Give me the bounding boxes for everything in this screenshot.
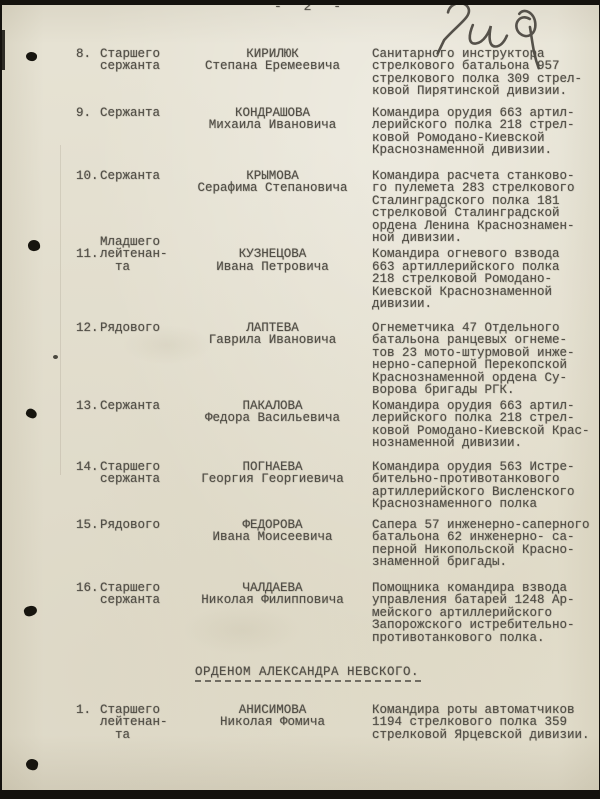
entry-description: Командира орудия 663 артил- лерийского п…: [372, 400, 599, 450]
entry-description: Огнеметчика 47 Отдельного батальона ранц…: [372, 322, 599, 396]
entry-rank: Рядового: [100, 519, 190, 569]
column-gap: [355, 107, 372, 157]
column-gap: [355, 461, 372, 511]
entry-name: АНИСИМОВА Николая Фомича: [190, 704, 355, 741]
award-entry: 16. Старшего сержанта ЧАЛДАЕВА Николая Ф…: [76, 582, 599, 644]
ink-blot: [25, 51, 38, 63]
column-gap: [355, 322, 372, 396]
entry-number: 10.: [76, 170, 100, 244]
section-header: ОРДЕНОМ АЛЕКСАНДРА НЕВСКОГО.: [195, 666, 421, 682]
section-title: ОРДЕНОМ АЛЕКСАНДРА НЕВСКОГО.: [195, 666, 421, 678]
entry-patronymic: Ивана Петровича: [190, 261, 355, 273]
entry-name: КОНДРАШОВА Михаила Ивановича: [190, 107, 355, 157]
award-entry: 1. Старшего лейтенан- та АНИСИМОВА Никол…: [76, 704, 599, 741]
entry-rank: Младшего лейтенан- та: [100, 236, 190, 310]
entry-description: Командира орудия 663 артил- лерийского п…: [372, 107, 599, 157]
entry-description: Командира роты автоматчиков 1194 стрелко…: [372, 704, 599, 741]
award-entry: 15. Рядового ФЕДОРОВА Ивана Моисеевича С…: [76, 519, 599, 569]
ink-blot: [25, 758, 39, 771]
award-entry: 10. Сержанта КРЫМОВА Серафима Степанович…: [76, 170, 599, 244]
page-number: - 2 -: [274, 5, 348, 13]
entry-number: 9.: [76, 107, 100, 157]
column-gap: [355, 400, 372, 450]
entry-number: 12.: [76, 322, 100, 396]
entry-rank: Сержанта: [100, 400, 190, 450]
award-entry: 8. Старшего сержанта КИРИЛЮК Степана Ере…: [76, 48, 599, 98]
column-gap: [355, 582, 372, 644]
column-gap: [355, 519, 372, 569]
entry-description: Командира орудия 563 Истре- бительно-про…: [372, 461, 599, 511]
entry-patronymic: Федора Васильевича: [190, 412, 355, 424]
entry-rank: Старшего лейтенан- та: [100, 704, 190, 741]
paper-stain: [122, 325, 212, 365]
entry-rank: Старшего сержанта: [100, 461, 190, 511]
entry-number: 13.: [76, 400, 100, 450]
entry-patronymic: Степана Еремеевича: [190, 60, 355, 72]
entry-number: 14.: [76, 461, 100, 511]
scanned-document-page: - 2 - 8. Старшего сержанта КИРИЛЮК Степа…: [2, 5, 599, 790]
award-entry: 14. Старшего сержанта ПОГНАЕВА Георгия Г…: [76, 461, 599, 511]
ink-blot: [27, 239, 41, 252]
entry-rank: Сержанта: [100, 170, 190, 244]
entry-number: 8.: [76, 48, 100, 98]
entry-number: 1.: [76, 704, 100, 741]
entry-description: Сапера 57 инженерно-саперного батальона …: [372, 519, 599, 569]
column-gap: [355, 170, 372, 244]
award-entry: 9. Сержанта КОНДРАШОВА Михаила Ивановича…: [76, 107, 599, 157]
entry-surname: КУЗНЕЦОВА: [190, 248, 355, 260]
entry-name: ФЕДОРОВА Ивана Моисеевича: [190, 519, 355, 569]
ink-blot: [23, 604, 38, 618]
entry-description: Помощника командира взвода управления ба…: [372, 582, 599, 644]
entry-name: ПОГНАЕВА Георгия Георгиевича: [190, 461, 355, 511]
award-entry: 13. Сержанта ПАКАЛОВА Федора Васильевича…: [76, 400, 599, 450]
entry-description: Командира огневого взвода 663 артиллерий…: [372, 236, 599, 310]
entry-name: КИРИЛЮК Степана Еремеевича: [190, 48, 355, 98]
entry-name: КУЗНЕЦОВА Ивана Петровича: [190, 236, 355, 310]
column-gap: [355, 704, 372, 741]
paper-crease: [60, 145, 61, 475]
entry-patronymic: Гаврила Ивановича: [190, 334, 355, 346]
entry-number: 16.: [76, 582, 100, 644]
paper-stain: [182, 605, 302, 655]
entry-patronymic: Николая Фомича: [190, 716, 355, 728]
entry-name: ЛАПТЕВА Гаврила Ивановича: [190, 322, 355, 396]
entry-description: Санитарного инструктора стрелкового бата…: [372, 48, 599, 98]
entry-patronymic: Серафима Степановича: [190, 182, 355, 194]
ink-blot: [53, 355, 58, 359]
entry-description: Командира расчета станково- го пулемета …: [372, 170, 599, 244]
column-gap: [355, 48, 372, 98]
award-entry: 11. Младшего лейтенан- та КУЗНЕЦОВА Иван…: [76, 236, 599, 310]
ink-blot: [25, 407, 39, 420]
scan-edge-mark: [2, 30, 5, 70]
entry-rank: Сержанта: [100, 107, 190, 157]
entry-patronymic: Георгия Георгиевича: [190, 473, 355, 485]
entry-number: 11.: [76, 236, 100, 310]
entry-patronymic: Николая Филипповича: [190, 594, 355, 606]
entry-rank: Старшего сержанта: [100, 48, 190, 98]
column-gap: [355, 236, 372, 310]
entry-name: ПАКАЛОВА Федора Васильевича: [190, 400, 355, 450]
entry-name: КРЫМОВА Серафима Степановича: [190, 170, 355, 244]
entry-patronymic: Ивана Моисеевича: [190, 531, 355, 543]
entry-patronymic: Михаила Ивановича: [190, 119, 355, 131]
entry-rank: Старшего сержанта: [100, 582, 190, 644]
entry-number: 15.: [76, 519, 100, 569]
section-underline: [195, 680, 421, 682]
